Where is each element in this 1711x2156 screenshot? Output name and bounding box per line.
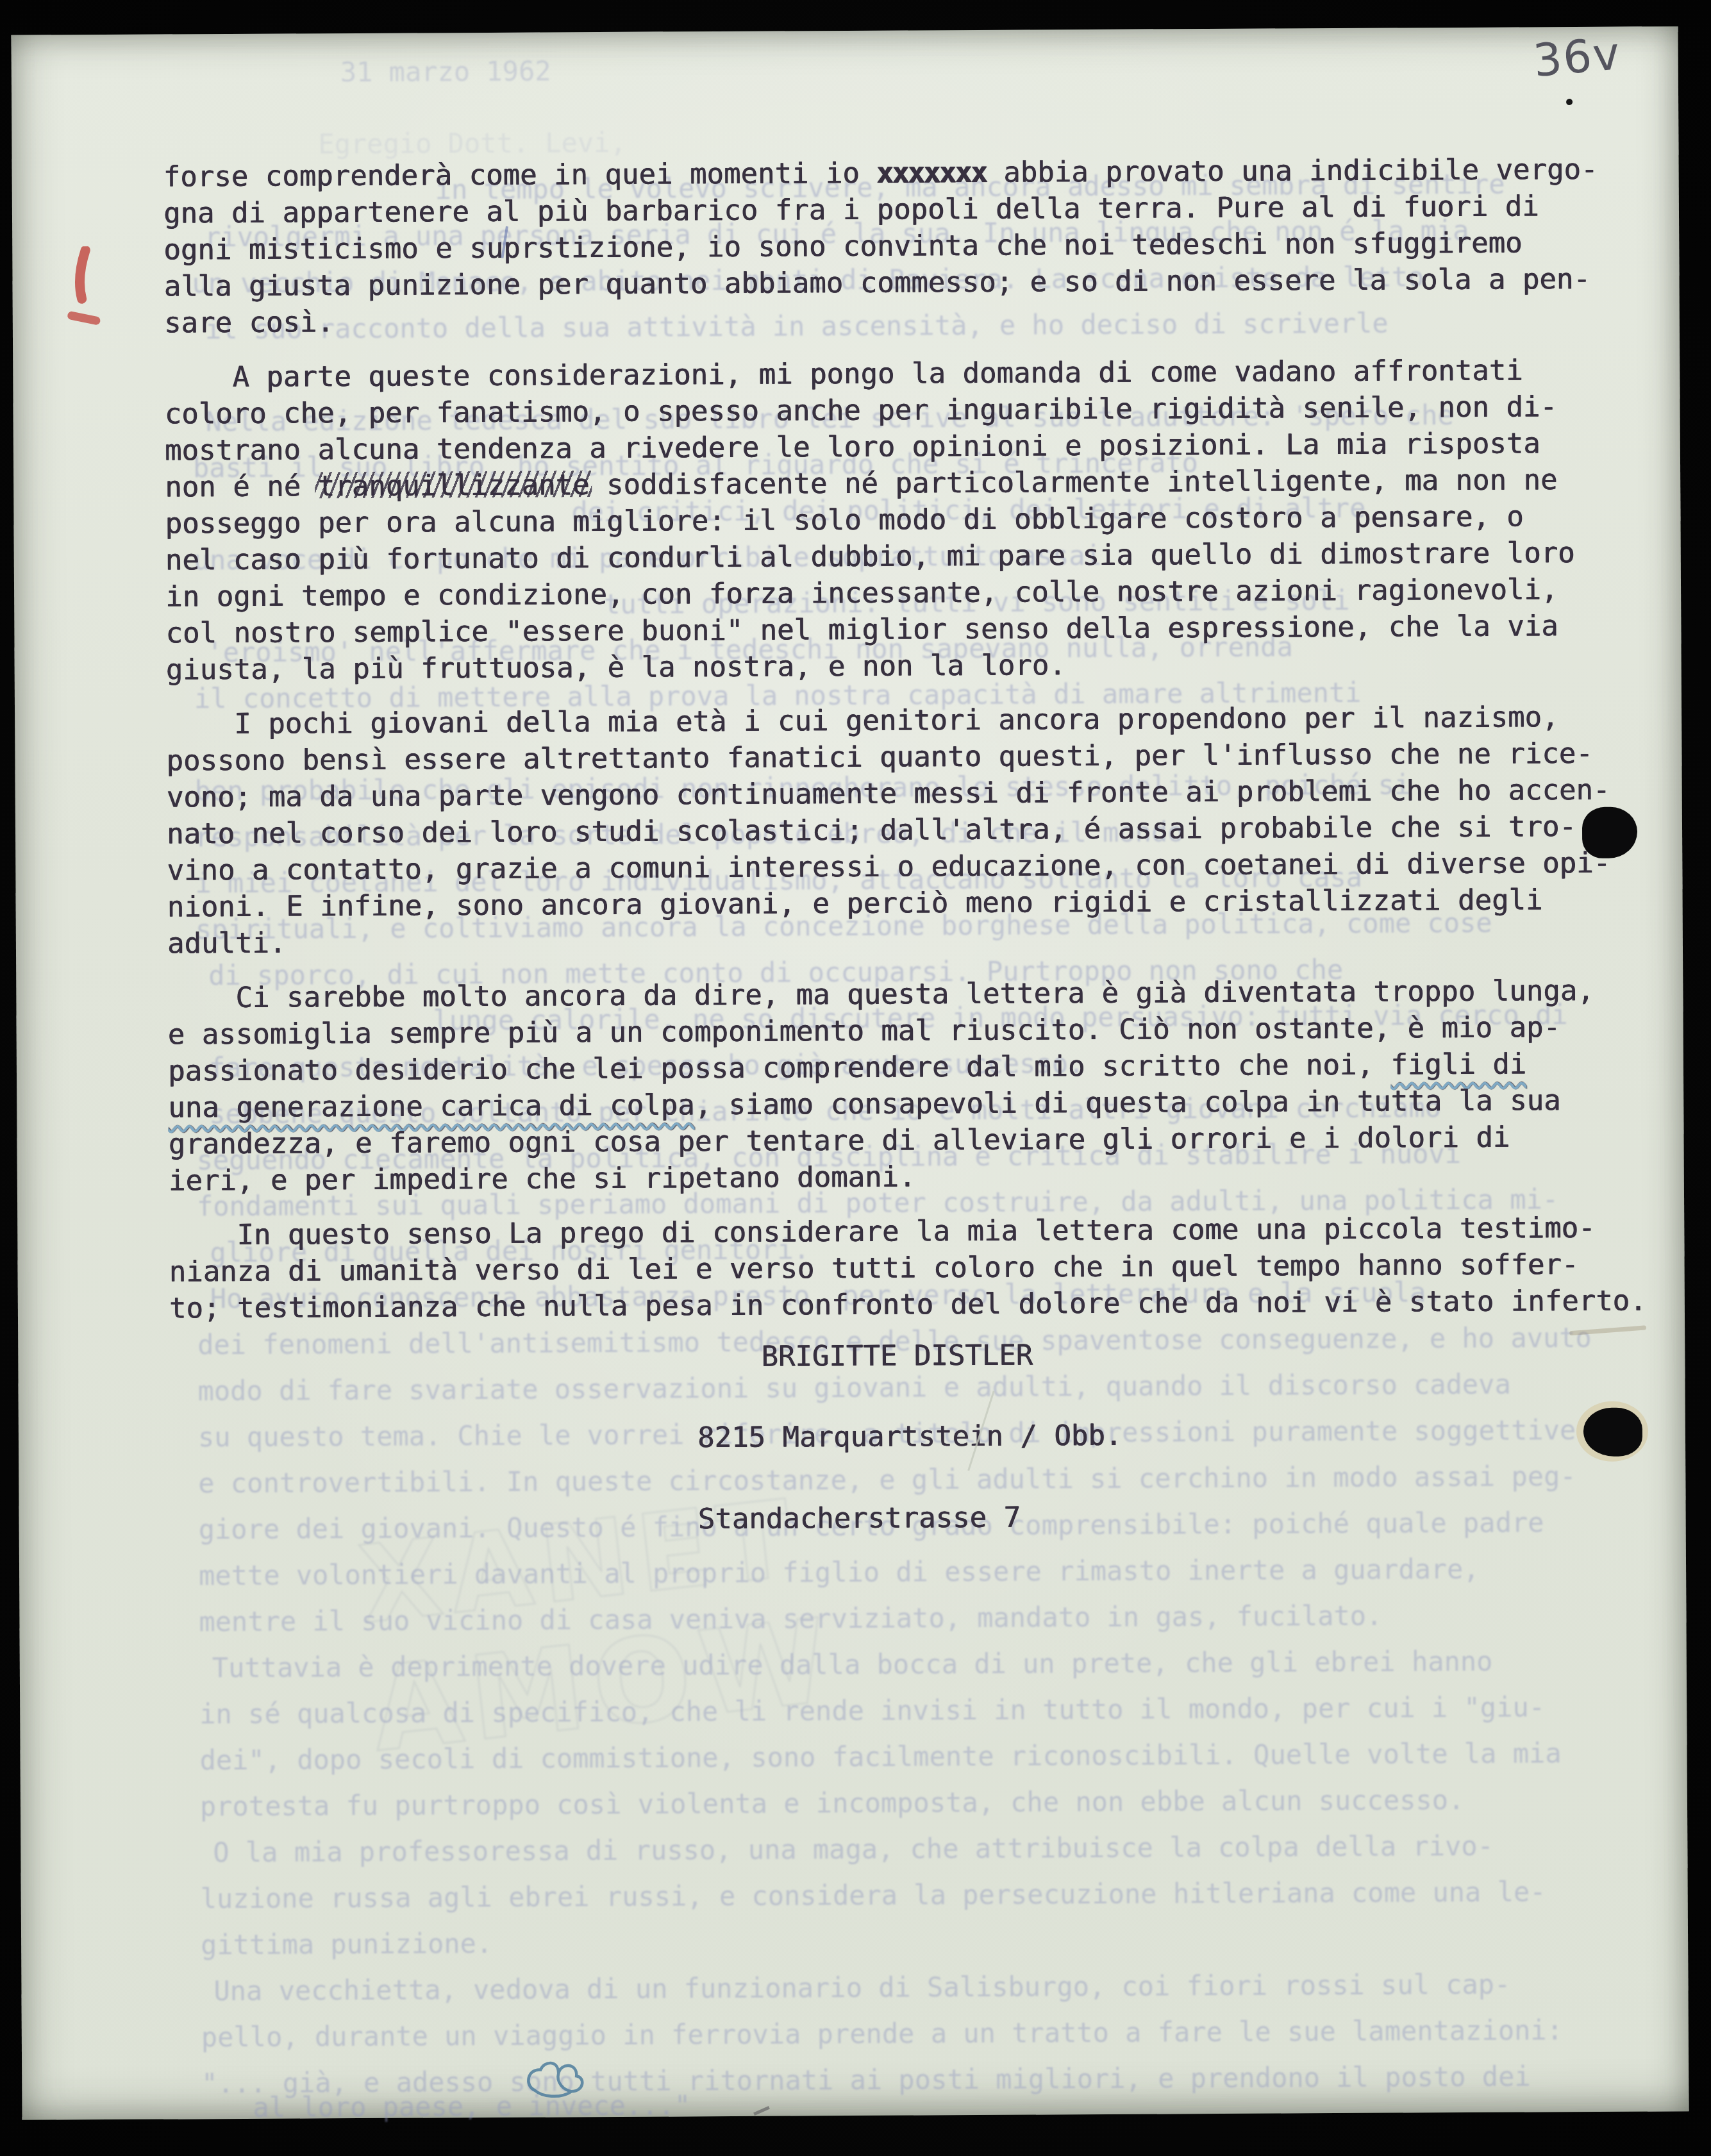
ghost-line: gittima punizione. [201,1928,492,1960]
paper-hole [1583,1408,1642,1457]
ghost-line: Tuttavia è deprimente dovere udire dalla… [212,1646,1493,1684]
typed-line: giusta, la più fruttuosa, è la nostra, e… [166,644,1653,688]
text-segment: nianza di umanità verso di lei e verso t… [169,1248,1578,1289]
paragraph: I pochi giovani della mia età i cui geni… [166,698,1655,962]
signature-address-line2: Standacherstrasse 7 [698,1501,1021,1536]
ghost-line: in sé qualcosa di specifico, che li rend… [199,1691,1545,1730]
paragraph: Ci sarebbe molto ancora da dire, ma ques… [167,972,1656,1199]
text-segment: In questo senso La prego di considerare … [237,1212,1595,1251]
text-segment: posseggo per ora alcuna migliore: il sol… [165,500,1523,540]
typed-line: alla giusta punizione per quanto abbiamo… [163,260,1651,305]
text-segment: sare così. [164,306,334,339]
text-segment: I pochi giovani della mia età i cui geni… [234,701,1558,740]
red-exclamation-mark [63,246,109,333]
text-segment: abbia provato una indicibile vergo- [987,153,1598,189]
text-segment: Ci sarebbe molto ancora da dire, ma ques… [235,974,1594,1014]
stamp-bleedthrough-line2: AMOW [365,1594,843,1778]
scanned-letter-screenshot: { "document": { "type": "typewritten let… [0,0,1711,2156]
text-segment: soddisfacente né particolarmente intelli… [589,464,1557,501]
text-segment: , siamo consapevoli di questa colpa in t… [694,1084,1560,1121]
blue-squiggle-mark [519,2057,592,2105]
ghost-line: mette volontieri davanti al proprio figl… [199,1553,1480,1591]
typed-line: grandezza, e faremo ogni cosa per tentar… [168,1118,1655,1162]
ghost-line: pello, durante un viaggio in ferrovia pr… [201,2014,1563,2053]
ghost-line: Una vecchietta, vedova di un funzionario… [213,1969,1510,2007]
text-segment: possono bensì essere altrettanto fanatic… [166,737,1592,778]
text-segment: vono; ma da una parte vengono continuame… [167,774,1610,814]
typed-line: ieri, e per impedire che si ripetano dom… [169,1155,1656,1199]
text-segment: grandezza, e faremo ogni cosa per tentar… [168,1121,1510,1161]
text-segment: giusta, la più fruttuosa, è la nostra, e… [166,649,1066,686]
letter-body: forse comprenderà come in quei momenti i… [163,151,1657,1326]
paragraph: forse comprenderà come in quei momenti i… [163,151,1651,341]
text-segment: alla giusta punizione per quanto abbiamo… [163,263,1590,303]
ghost-line: protesta fu purtroppo così violenta e in… [200,1784,1465,1822]
typed-line: to; testimonianza che nulla pesa in conf… [169,1282,1657,1326]
text-segment: to; testimonianza che nulla pesa in conf… [169,1284,1647,1325]
brown-smudge [1569,1325,1646,1335]
typed-line: adulti. [167,917,1655,962]
typed-line: col nostro semplice "essere buoni" nel m… [165,607,1653,651]
text-segment: gna di appartenere al più barbarico fra … [163,190,1539,230]
ghost-line: dei", dopo secoli di commistione, sono f… [199,1737,1561,1776]
ink-speck [1566,99,1573,105]
overtyped-text: xxxxxxx [876,156,987,190]
text-segment: adulti. [167,927,287,960]
ghost-line: e controvertibili. In queste circostanze… [198,1460,1576,1499]
wavy-text: figli di [1390,1048,1526,1081]
document-page: 31 marzo 1962 Egregio Dott. Levi, XANET … [12,26,1689,2120]
text-segment: coloro che, per fanatismo, o spesso anch… [164,390,1557,430]
text-segment: A parte queste considerazioni, mi pongo … [232,354,1523,394]
text-segment: nioni. E infine, sono ancora giovani, e … [167,883,1542,923]
paragraph: In questo senso La prego di considerare … [169,1209,1657,1326]
text-segment: non é né [165,470,318,503]
folio-label: 36v [1531,27,1623,87]
ghost-line: "... già, e adesso sono tutti ritornati … [201,2060,1531,2099]
text-segment: ieri, e per impedire che si ripetano dom… [169,1160,916,1197]
slashed-text: tranquillizzante [317,469,589,503]
ghost-salutation: Egregio Dott. Levi, [318,127,626,160]
signature-address-line1: 8215 Marquartstein / Obb. [697,1419,1123,1454]
text-segment: nato nel corso dei loro studi scolastici… [167,810,1576,851]
typed-line: nioni. E infine, sono ancora giovani, e … [167,881,1654,925]
wavy-text: una generazione carica di colpa [168,1089,694,1124]
text-segment: mostrano alcuna tendenza a rivedere le l… [165,427,1540,467]
ghost-line: luzione russa agli ebrei russi, e consid… [201,1876,1546,1914]
paragraph: A parte queste considerazioni, mi pongo … [164,351,1653,688]
ghost-line: O la mia professoressa di russo, una mag… [213,1830,1494,1868]
text-segment: vino a contatto, grazie a comuni interes… [167,847,1610,887]
ghost-date-line: 31 marzo 1962 [340,55,551,88]
text-segment: nel caso più fortunato di condurli al du… [165,537,1575,577]
ghost-line: modo di fare svariate osservazioni su gi… [197,1369,1510,1407]
text-segment: passionato desiderio che lei possa compr… [168,1049,1391,1088]
text-segment: forse comprenderà come in quei momenti i… [163,157,877,194]
ghost-line: mentre il suo vicino di casa veniva serv… [199,1600,1382,1638]
text-segment: col nostro semplice "essere buoni" nel m… [165,610,1558,649]
text-segment: e assomiglia sempre più a un componiment… [168,1011,1560,1051]
text-segment: ogni misticismo e suprstizione, io sono … [163,226,1522,266]
signature-name: BRIGITTE DISTLER [761,1339,1033,1373]
typed-line: sare così. [164,297,1651,341]
text-segment: in ogni tempo e condizione, con forza in… [165,573,1558,613]
